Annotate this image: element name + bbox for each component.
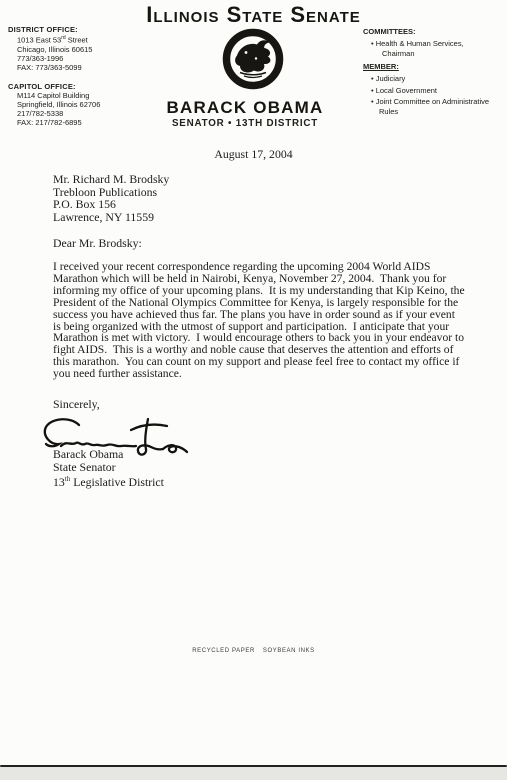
soybean-inks-label: SOYBEAN INKS — [263, 648, 315, 654]
signer-title: State Senator — [53, 461, 164, 474]
committee-chair-item: Health & Human Services, — [363, 39, 503, 48]
recycled-paper-label: RECYCLED PAPER — [192, 648, 255, 654]
member-heading: MEMBER: — [363, 62, 503, 71]
signature-block: Barack Obama State Senator 13th Legislat… — [53, 448, 164, 489]
district-office-heading: DISTRICT OFFICE: — [8, 25, 173, 34]
member-item-local-government: Local Government — [363, 86, 503, 95]
scanned-letter-page: Illinois State Senate DISTRICT OFFICE: 1… — [0, 0, 507, 780]
district-office-fax: FAX: 773/363-5099 — [17, 63, 173, 72]
street-suffix: Street — [66, 36, 88, 45]
street-number: 1013 East 53 — [17, 36, 61, 45]
committee-chair-role: Chairman — [363, 49, 503, 58]
letter-date: August 17, 2004 — [0, 147, 507, 162]
signer-name: Barack Obama — [53, 448, 164, 461]
salutation: Dear Mr. Brodsky: — [53, 236, 142, 251]
committees-heading: COMMITTEES: — [363, 27, 503, 36]
illinois-state-seal-icon — [222, 28, 284, 91]
committees-block: COMMITTEES: Health & Human Services, Cha… — [363, 27, 503, 116]
district-office-phone: 773/363-1996 — [17, 54, 173, 63]
member-item-joint-committee: Joint Committee on Administrative Rules — [363, 97, 503, 116]
district-office-section: DISTRICT OFFICE: 1013 East 53rd Street C… — [8, 25, 173, 73]
senator-name: BARACK OBAMA — [100, 98, 390, 118]
recipient-address-block: Mr. Richard M. Brodsky Trebloon Publicat… — [53, 173, 169, 224]
district-label: Legislative District — [70, 475, 164, 489]
letter-body: I received your recent correspondence re… — [53, 261, 465, 380]
district-number: 13 — [53, 475, 65, 489]
scan-background-strip — [0, 767, 507, 780]
paper-footer: RECYCLED PAPERSOYBEAN INKS — [0, 648, 507, 654]
member-item-judiciary: Judiciary — [363, 74, 503, 83]
senator-district-title: SENATOR • 13TH DISTRICT — [100, 118, 390, 129]
district-office-city: Chicago, Illinois 60615 — [17, 45, 173, 54]
recipient-name: Mr. Richard M. Brodsky — [53, 173, 169, 186]
closing: Sincerely, — [53, 397, 100, 412]
capitol-office-heading: CAPITOL OFFICE: — [8, 82, 173, 91]
signer-district: 13th Legislative District — [53, 473, 164, 489]
recipient-city-state-zip: Lawrence, NY 11559 — [53, 211, 169, 224]
district-office-street: 1013 East 53rd Street — [17, 34, 173, 45]
